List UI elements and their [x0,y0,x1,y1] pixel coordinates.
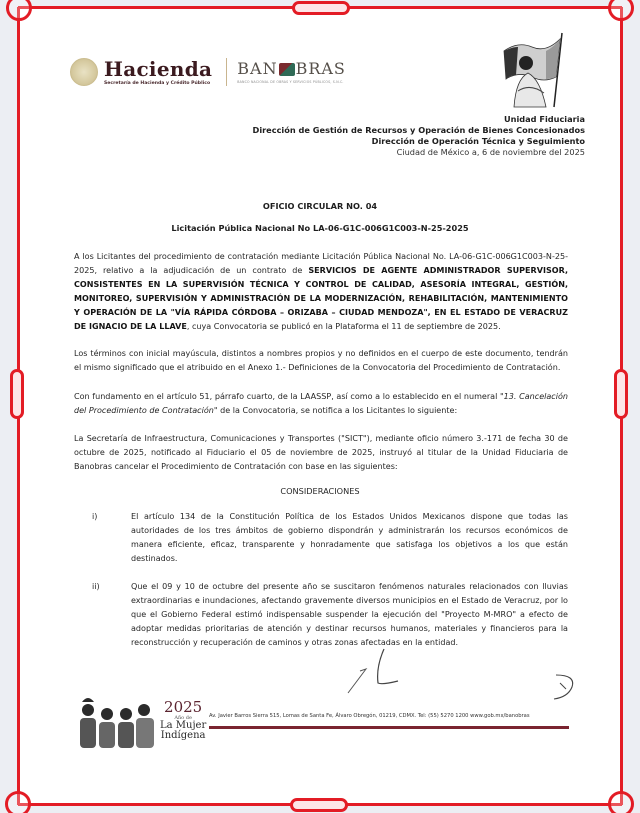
paragraph-definitions: Los términos con inicial mayúscula, dist… [74,347,568,375]
licitacion-title: Licitación Pública Nacional No LA-06-G1C… [0,223,640,233]
item-number: i) [92,510,131,566]
crop-handle-left[interactable] [10,369,24,419]
sender-direction-2: Dirección de Operación Técnica y Seguimi… [253,136,585,147]
banobras-logo: BAN BRAS BANCO NACIONAL DE OBRAS Y SERVI… [237,60,346,84]
hacienda-subtitle: Secretaría de Hacienda y Crédito Público [104,81,212,86]
paragraph-intro: A los Licitantes del procedimiento de co… [74,250,568,334]
crop-handle-bottom[interactable] [290,798,348,812]
legal-basis-tail: de la Convocatoria, se notifica a los Li… [218,406,458,415]
paragraph-sict-instruction: La Secretaría de Infraestructura, Comuni… [74,432,568,474]
year: 2025 [160,700,206,715]
item-text: Que el 09 y 10 de octubre del presente a… [131,580,568,650]
motto-line-2: Indígena [160,731,206,741]
hacienda-logo: Hacienda Secretaría de Hacienda y Crédit… [104,58,212,86]
crop-handle-bottom-right[interactable] [608,791,634,813]
place-date: Ciudad de México a, 6 de noviembre del 2… [253,147,585,158]
paragraph-legal-basis: Con fundamento en el artículo 51, párraf… [74,390,568,418]
legal-basis-text: Con fundamento en el artículo 51, párraf… [74,392,500,401]
hacienda-name: Hacienda [104,58,212,80]
consideracion-item: ii) Que el 09 y 10 de octubre del presen… [92,580,568,650]
sender-block: Unidad Fiduciaria Dirección de Gestión d… [253,114,585,158]
item-text: El artículo 134 de la Constitución Polít… [131,510,568,566]
header-logos: Hacienda Secretaría de Hacienda y Crédit… [70,58,346,86]
crop-handle-bottom-left[interactable] [5,791,31,813]
banobras-subtitle: BANCO NACIONAL DE OBRAS Y SERVICIOS PÚBL… [237,80,346,84]
sender-direction-1: Dirección de Gestión de Recursos y Opera… [253,125,585,136]
year-motto: 2025 Año de La Mujer Indígena [160,700,206,741]
footer-accent-bar [209,726,569,729]
indigenous-women-illustration-icon [76,696,158,748]
banobras-left: BAN [237,60,277,78]
logo-divider [226,58,227,86]
paragraph-intro-tail: , cuya Convocatoria se publicó en la Pla… [187,322,501,331]
crop-handle-top-right[interactable] [608,0,634,21]
crop-handle-right[interactable] [614,369,628,419]
handwritten-initials-icon [340,645,580,705]
consideracion-item: i) El artículo 134 de la Constitución Po… [92,510,568,566]
heroine-flag-illustration-icon [496,31,568,109]
sender-unit: Unidad Fiduciaria [253,114,585,125]
banobras-logo-mark-icon [279,63,295,76]
crop-handle-top[interactable] [292,1,350,15]
footer-address: Av. Javier Barros Sierra 515, Lomas de S… [209,713,530,719]
national-seal-icon [70,58,98,86]
consideraciones-heading: CONSIDERACIONES [0,486,640,496]
item-number: ii) [92,580,131,650]
banobras-right: BRAS [296,60,346,78]
oficio-title: OFICIO CIRCULAR NO. 04 [0,201,640,211]
